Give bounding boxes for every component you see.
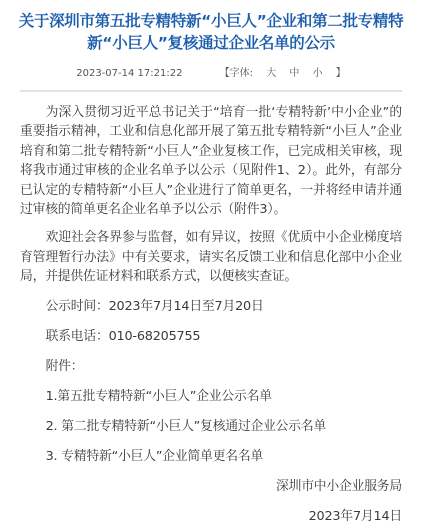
- title-divider: [20, 90, 402, 92]
- font-size-label: 【字体:: [220, 64, 253, 79]
- issue-date: 2023年7月14日: [20, 507, 402, 527]
- publicity-period: 公示时间：2023年7月14日至7月20日: [20, 297, 402, 327]
- body-paragraph: 为深入贯彻习近平总书记关于“培育一批‘专精特新’中小企业”的重要指示精神，工业和…: [20, 103, 402, 219]
- font-size-close-bracket: 】: [336, 64, 346, 79]
- article-page: 关于深圳市第五批专精特新“小巨人”企业和第二批专精特新“小巨人”复核通过企业名单…: [0, 0, 422, 528]
- attachment-item-2[interactable]: 2. 第二批专精特新“小巨人”复核通过企业公示名单: [20, 417, 402, 447]
- issuer-signature: 深圳市中小企业服务局: [20, 477, 402, 507]
- attachment-item-3[interactable]: 3. 专精特新“小巨人”企业简单更名名单: [20, 447, 402, 477]
- article-title: 关于深圳市第五批专精特新“小巨人”企业和第二批专精特新“小巨人”复核通过企业名单…: [10, 10, 412, 54]
- attachment-link-3[interactable]: 3. 专精特新“小巨人”企业简单更名名单: [46, 449, 264, 464]
- article-body: 为深入贯彻习近平总书记关于“培育一批‘专精特新’中小企业”的重要指示精神，工业和…: [20, 103, 402, 527]
- attachment-link-2[interactable]: 2. 第二批专精特新“小巨人”复核通过企业公示名单: [46, 419, 326, 434]
- article-meta: 2023-07-14 17:21:22 【字体: 大 中 小 】: [0, 64, 422, 79]
- font-size-small-button[interactable]: 小: [313, 64, 323, 79]
- font-size-medium-button[interactable]: 中: [289, 64, 299, 79]
- attachment-item-1[interactable]: 1.第五批专精特新“小巨人”企业公示名单: [20, 387, 402, 417]
- font-size-control: 【字体: 大 中 小 】: [220, 68, 346, 79]
- attachments-label: 附件：: [20, 357, 402, 387]
- attachment-link-1[interactable]: 1.第五批专精特新“小巨人”企业公示名单: [46, 389, 272, 404]
- font-size-large-button[interactable]: 大: [266, 64, 276, 79]
- contact-phone: 联系电话：010-68205755: [20, 327, 402, 357]
- publish-timestamp: 2023-07-14 17:21:22: [76, 68, 182, 79]
- body-paragraph: 欢迎社会各界参与监督，如有异议，按照《优质中小企业梯度培育管理暂行办法》中有关要…: [20, 228, 402, 286]
